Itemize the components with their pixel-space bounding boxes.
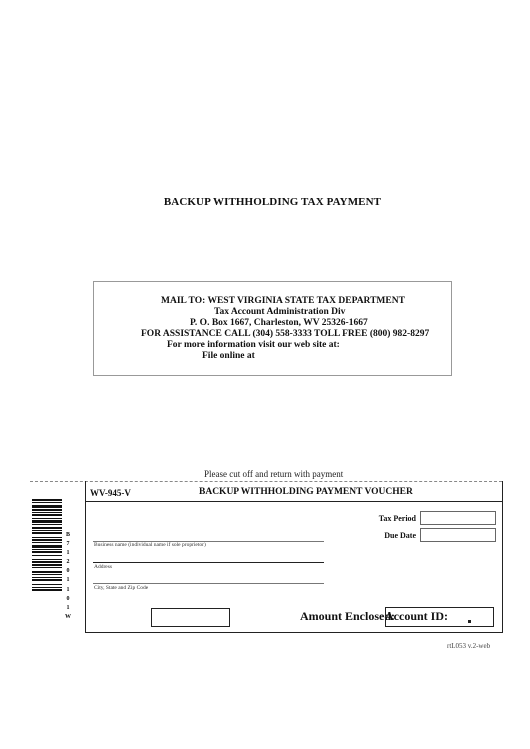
mailing-info-box: MAIL TO: WEST VIRGINIA STATE TAX DEPARTM… (93, 281, 452, 376)
due-date-field[interactable] (420, 528, 496, 542)
po-box-line: P. O. Box 1667, Charleston, WV 25326-166… (190, 318, 368, 328)
barcode-char: 7 (64, 540, 72, 549)
amount-input-box[interactable] (151, 608, 230, 627)
barcode-char: 2 (64, 558, 72, 567)
form-version: rtL053 v.2-web (447, 642, 490, 650)
division-line: Tax Account Administration Div (214, 307, 345, 317)
tax-period-label: Tax Period (350, 514, 416, 523)
account-id-label: Account ID: (385, 609, 448, 624)
address-field[interactable] (93, 562, 324, 563)
tax-period-field[interactable] (420, 511, 496, 525)
due-date-label: Due Date (350, 531, 416, 540)
city-state-zip-label: City, State and Zip Code (94, 585, 148, 591)
website-line: For more information visit our web site … (167, 340, 340, 350)
amount-enclosed-label: Amount Enclosed: (300, 609, 395, 624)
file-online-line: File online at (202, 351, 255, 361)
cut-instruction: Please cut off and return with payment (204, 469, 343, 479)
barcode-char: 1 (64, 576, 72, 585)
city-state-zip-field[interactable] (93, 583, 324, 584)
form-id: WV-945-V (90, 488, 131, 498)
account-id-dot (468, 620, 471, 623)
barcode-text: B71201101W (64, 531, 72, 622)
barcode-char: 1 (64, 604, 72, 613)
barcode (32, 499, 62, 656)
barcode-char: 0 (64, 595, 72, 604)
barcode-char: W (64, 613, 72, 622)
voucher-title: BACKUP WITHHOLDING PAYMENT VOUCHER (199, 487, 413, 497)
voucher-header-rule (85, 501, 503, 502)
barcode-char: 1 (64, 549, 72, 558)
barcode-char: 1 (64, 586, 72, 595)
mail-to-line: MAIL TO: WEST VIRGINIA STATE TAX DEPARTM… (161, 296, 405, 306)
business-name-label: Business name (individual name if sole p… (94, 542, 206, 548)
address-label: Address (94, 564, 112, 570)
assistance-line: FOR ASSISTANCE CALL (304) 558-3333 TOLL … (141, 329, 429, 339)
barcode-char: 0 (64, 567, 72, 576)
page-title: BACKUP WITHHOLDING TAX PAYMENT (0, 196, 530, 208)
barcode-char: B (64, 531, 72, 540)
